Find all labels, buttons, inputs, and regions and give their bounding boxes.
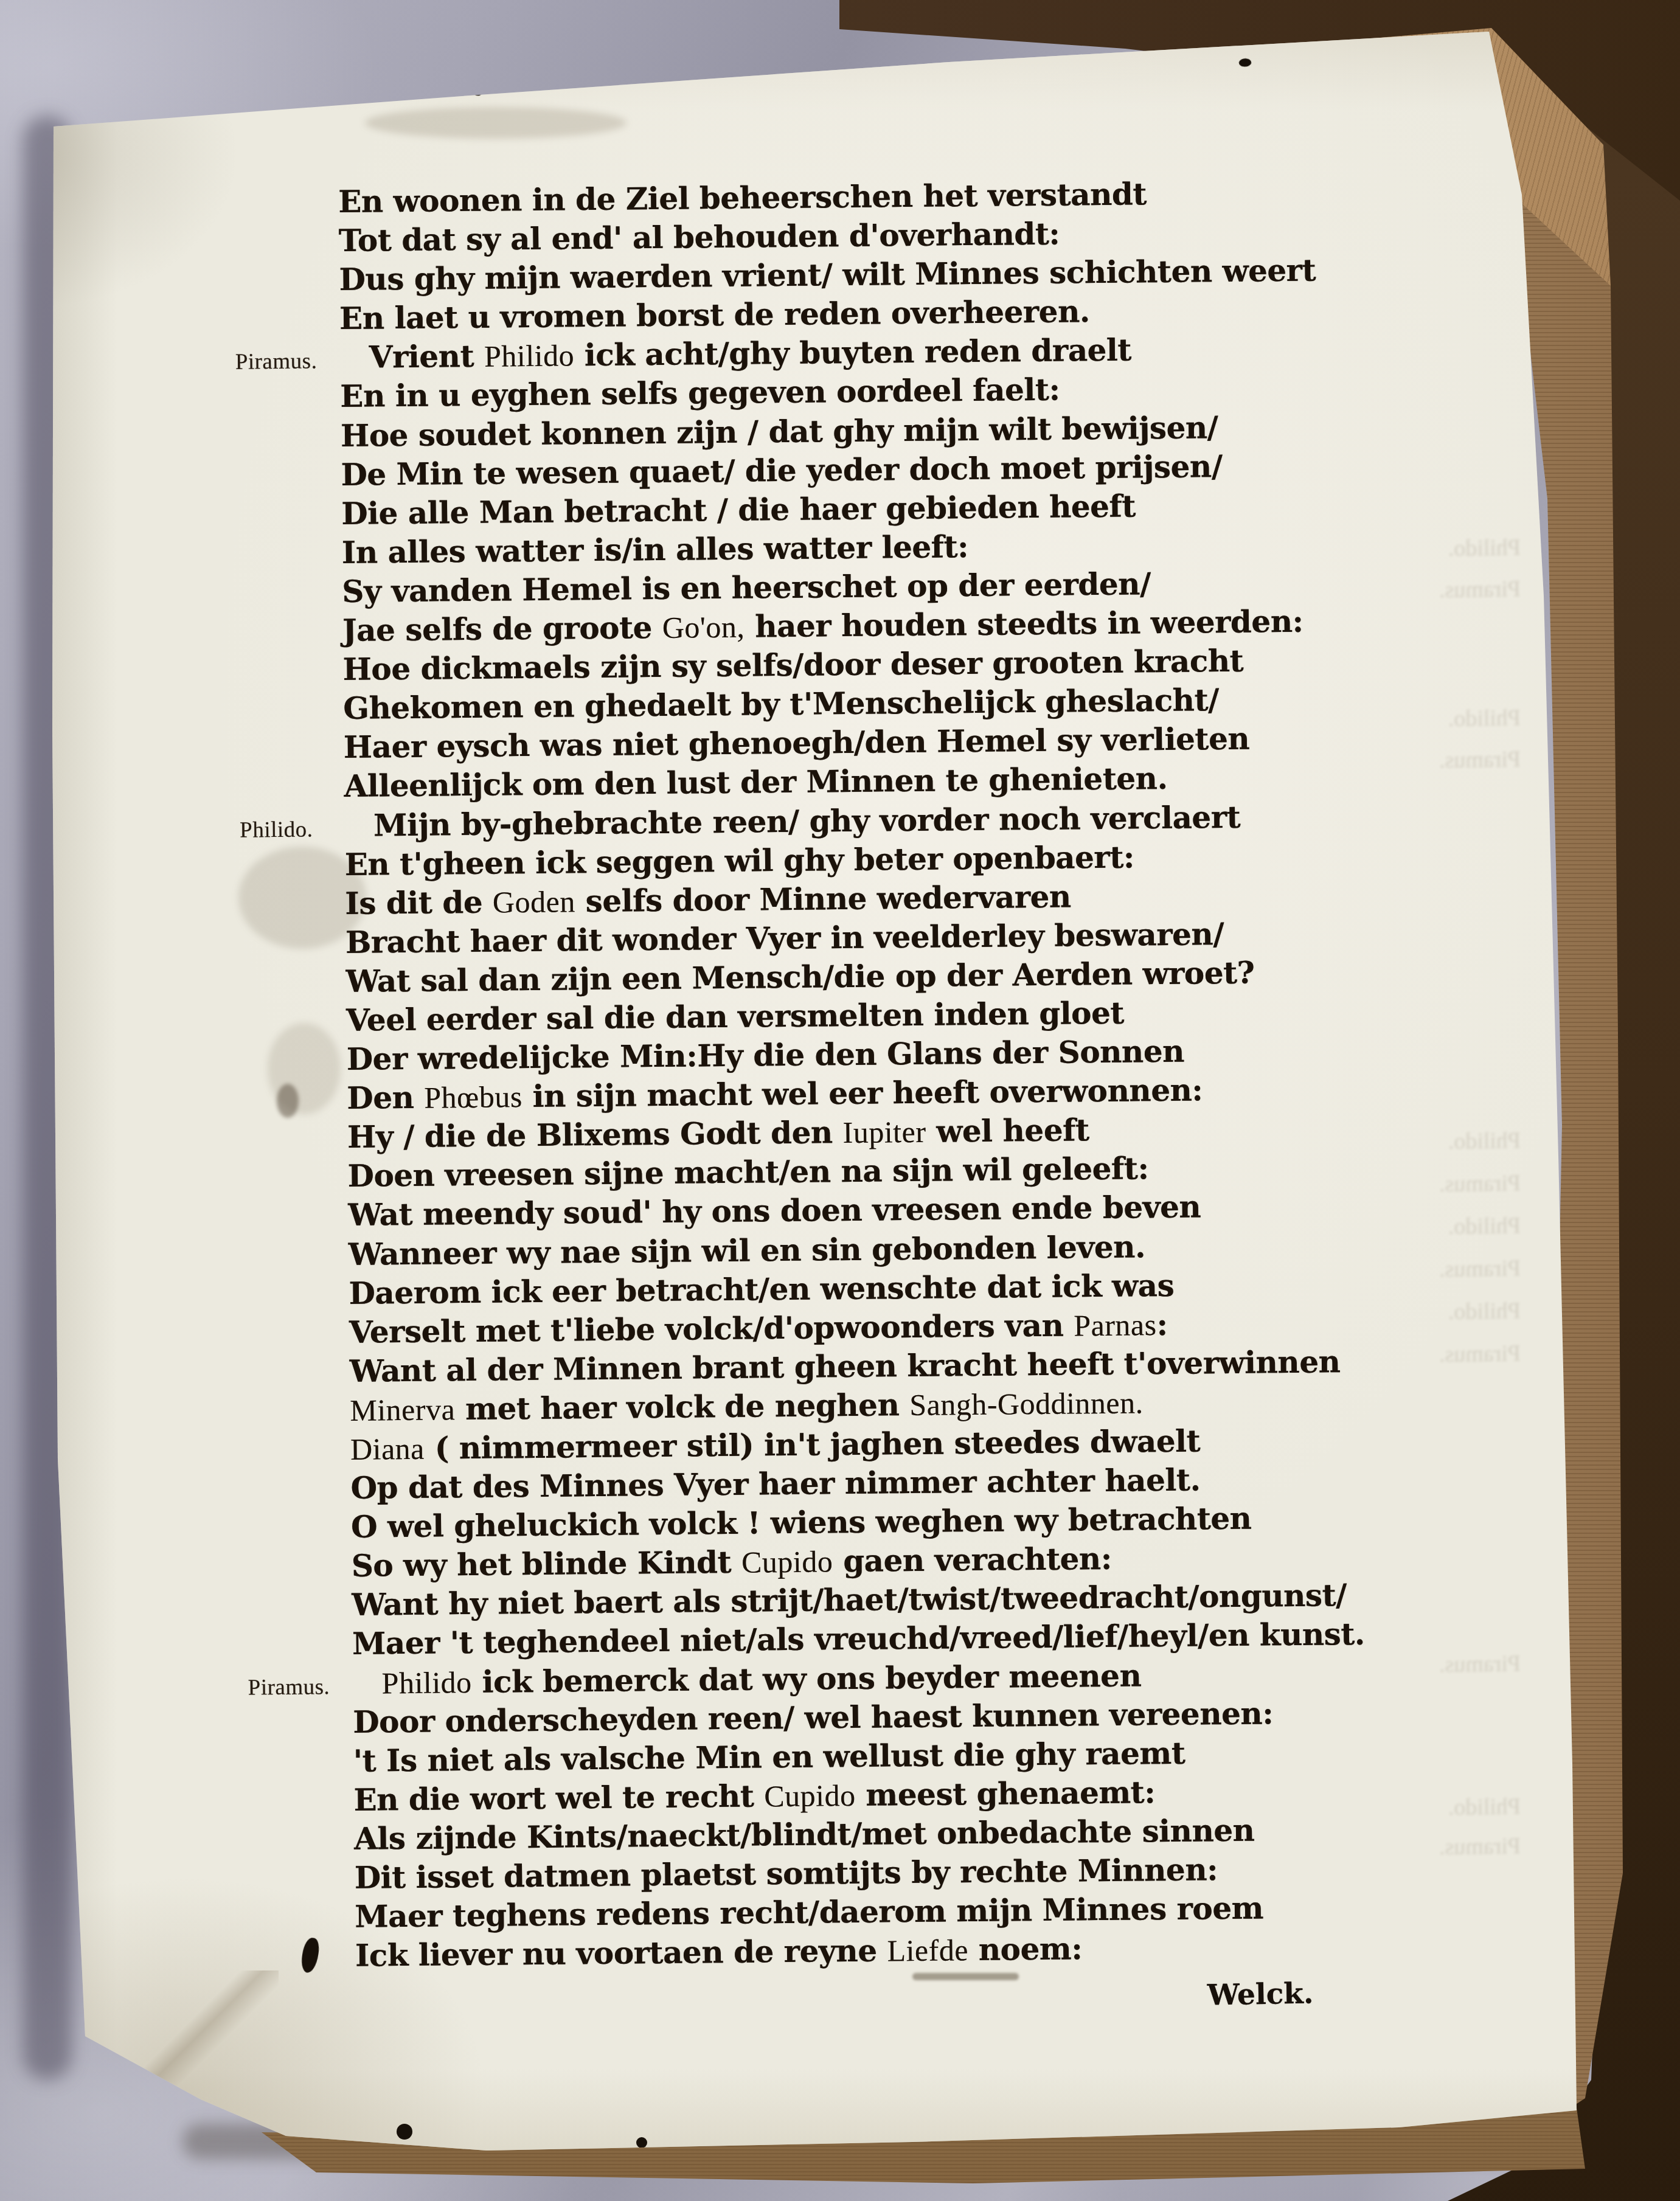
bleedthrough-speaker-label: Philido. [1399, 1127, 1521, 1156]
bleedthrough-speaker-label: Philido. [1399, 1212, 1521, 1241]
bleedthrough-speaker-label: Piramus. [1399, 1255, 1521, 1283]
speaker-label: Philido. [240, 816, 313, 843]
roman-type-word: Sangh-Goddinnen. [909, 1385, 1144, 1422]
roman-type-word: Cupido [764, 1778, 856, 1813]
speaker-label: Piramus. [235, 348, 318, 375]
bleedthrough-speaker-label: Piramus. [1399, 1650, 1521, 1679]
bleedthrough-speaker-label: Piramus. [1399, 746, 1521, 774]
bleedthrough-speaker-label: Piramus. [1399, 1832, 1521, 1861]
ink-blot [1238, 57, 1252, 69]
ink-blot [636, 2137, 647, 2148]
roman-type-word: Philido [484, 339, 575, 373]
bleedthrough-speaker-label: Philido. [1399, 534, 1521, 563]
roman-type-word: Cupido [741, 1545, 833, 1579]
roman-type-word: Parnas [1074, 1308, 1157, 1342]
bleedthrough-speaker-label: Piramus. [1399, 575, 1521, 604]
roman-type-word: Goden [493, 884, 575, 919]
bleedthrough-speaker-label: Philido. [1399, 1793, 1521, 1821]
book-page: En woonen in de Ziel beheerschen het ver… [0, 0, 1680, 2201]
roman-type-word: Liefde [887, 1933, 968, 1967]
bleedthrough-smudge [365, 107, 627, 139]
ink-smudge [912, 1973, 1019, 1980]
ink-blot [300, 1936, 321, 1974]
speaker-label: Piramus. [248, 1674, 330, 1700]
catchword: Welck. [1207, 1977, 1314, 2012]
bleedthrough-speaker-label: Philido. [1399, 704, 1521, 733]
roman-type-word: Philido [381, 1665, 472, 1700]
bleedthrough-speaker-label: Piramus. [1399, 1340, 1521, 1368]
ink-blot [397, 2124, 412, 2140]
roman-type-word: Go'on, [662, 610, 745, 645]
roman-type-word: Phœbus [424, 1080, 522, 1115]
bleedthrough-speaker-label: Piramus. [1399, 1170, 1521, 1198]
roman-type-word: Minerva [350, 1392, 455, 1427]
roman-type-word: Iupiter [842, 1115, 926, 1149]
photo-of-book-page: { "document": { "language": "Dutch (earl… [0, 0, 1680, 2201]
verse-text-block: En woonen in de Ziel beheerschen het ver… [338, 172, 1529, 1977]
roman-type-word: Diana [350, 1432, 425, 1466]
ink-smudge [277, 1084, 299, 1118]
bleedthrough-speaker-label: Philido. [1399, 1297, 1521, 1326]
